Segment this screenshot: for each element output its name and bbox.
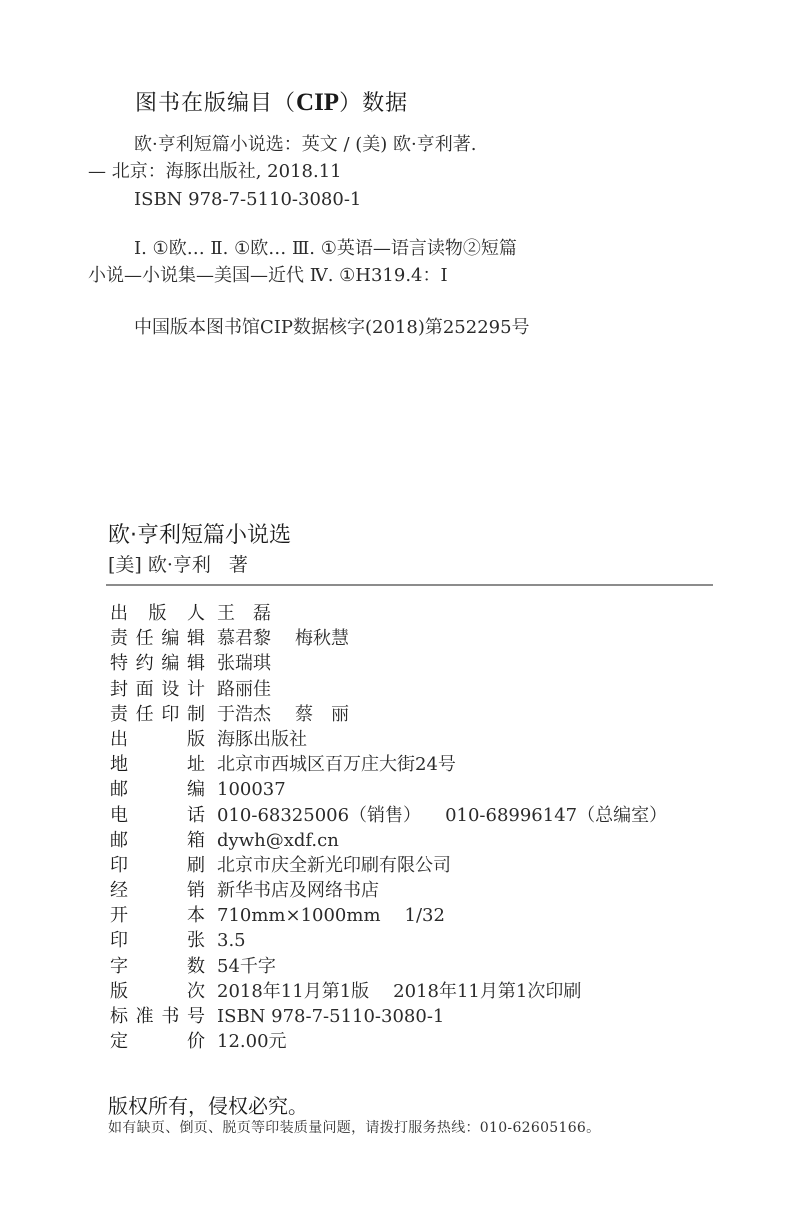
cip-heading-prefix: 图书在版编目（	[135, 91, 296, 116]
imprint-label-char: 标	[110, 1004, 128, 1029]
imprint-value: 张瑞琪	[217, 651, 271, 676]
imprint-value-primary: 12.00元	[217, 1031, 287, 1052]
imprint-label: 邮编	[110, 777, 205, 802]
imprint-label: 版次	[110, 979, 205, 1004]
imprint-row: 版次2018年11月第1版2018年11月第1次印刷	[110, 979, 730, 1004]
quality-notice: 如有缺页、倒页、脱页等印装质量问题，请拨打服务热线：010-62605166。	[108, 1117, 600, 1137]
imprint-label: 印刷	[110, 853, 205, 878]
imprint-label-char: 箱	[187, 828, 205, 853]
imprint-value-secondary: 010-68996147（总编室）	[445, 805, 667, 826]
imprint-label-char: 印	[161, 702, 179, 727]
imprint-label-char: 地	[110, 752, 128, 777]
imprint-value-primary: 2018年11月第1版	[217, 981, 369, 1002]
imprint-value: 北京市西城区百万庄大街24号	[217, 752, 456, 777]
imprint-value: 3.5	[217, 928, 246, 953]
author-role: 著	[229, 554, 248, 576]
imprint-row: 地址北京市西城区百万庄大街24号	[110, 752, 730, 777]
imprint-value-primary: 新华书店及网络书店	[217, 880, 379, 901]
book-title: 欧·亨利短篇小说选	[108, 518, 291, 549]
imprint-value-primary: dywh@xdf.cn	[217, 830, 339, 851]
imprint-label-char: 面	[136, 677, 154, 702]
imprint-row: 电话010-68325006（销售）010-68996147（总编室）	[110, 803, 730, 828]
imprint-value: 100037	[217, 777, 286, 802]
imprint-value: 慕君黎梅秋慧	[217, 626, 349, 651]
book-author: [美] 欧·亨利著	[108, 550, 248, 577]
imprint-value: 54千字	[217, 954, 276, 979]
imprint-row: 定价12.00元	[110, 1029, 730, 1054]
imprint-label-char: 任	[136, 626, 154, 651]
imprint-row: 标准书号ISBN 978-7-5110-3080-1	[110, 1004, 730, 1029]
imprint-value: 新华书店及网络书店	[217, 878, 379, 903]
imprint-label-char: 出	[110, 727, 128, 752]
imprint-label: 地址	[110, 752, 205, 777]
imprint-label-char: 编	[187, 777, 205, 802]
imprint-value-primary: 北京市庆全新光印刷有限公司	[217, 855, 451, 876]
imprint-label: 字数	[110, 954, 205, 979]
imprint-label-char: 价	[187, 1029, 205, 1054]
imprint-row: 特约编辑张瑞琪	[110, 651, 730, 676]
imprint-label-char: 出	[110, 601, 128, 626]
cip-line-isbn: ISBN 978-7-5110-3080-1	[134, 188, 361, 212]
cip-line-publisher: — 北京：海豚出版社, 2018.11	[88, 160, 342, 184]
imprint-label: 印张	[110, 928, 205, 953]
imprint-label-char: 辑	[187, 626, 205, 651]
imprint-label: 责任编辑	[110, 626, 205, 651]
imprint-value-secondary: 2018年11月第1次印刷	[393, 981, 581, 1002]
imprint-label-char: 电	[110, 803, 128, 828]
imprint-row: 经销新华书店及网络书店	[110, 878, 730, 903]
imprint-value-primary: 100037	[217, 779, 286, 800]
cip-line-title: 欧·亨利短篇小说选：英文 / (美) 欧·亨利著.	[134, 133, 476, 157]
author-nationality: [美]	[108, 554, 142, 576]
imprint-label-char: 版	[187, 727, 205, 752]
imprint-label: 电话	[110, 803, 205, 828]
imprint-value-secondary: 1/32	[405, 905, 445, 926]
imprint-label-char: 约	[136, 651, 154, 676]
imprint-value: dywh@xdf.cn	[217, 828, 339, 853]
imprint-label-char: 开	[110, 903, 128, 928]
imprint-label: 封面设计	[110, 677, 205, 702]
imprint-label-char: 设	[161, 677, 179, 702]
imprint-value: ISBN 978-7-5110-3080-1	[217, 1004, 444, 1029]
imprint-label-char: 邮	[110, 828, 128, 853]
imprint-label-char: 定	[110, 1029, 128, 1054]
imprint-label-char: 字	[110, 954, 128, 979]
imprint-label-char: 版	[149, 601, 167, 626]
imprint-row: 开本710mm×1000mm1/32	[110, 903, 730, 928]
imprint-label: 定价	[110, 1029, 205, 1054]
imprint-value-primary: 710mm×1000mm	[217, 905, 381, 926]
imprint-value-primary: 王 磊	[217, 603, 271, 624]
imprint-value-primary: 北京市西城区百万庄大街24号	[217, 754, 456, 775]
imprint-table: 出版人王 磊责任编辑慕君黎梅秋慧特约编辑张瑞琪封面设计路丽佳责任印制于浩杰蔡 丽…	[110, 601, 730, 1054]
imprint-value-primary: 3.5	[217, 930, 246, 951]
copyright-statement: 版权所有，侵权必究。	[108, 1090, 308, 1119]
imprint-label: 出版	[110, 727, 205, 752]
cip-heading-suffix: ）数据	[339, 91, 408, 116]
imprint-label: 特约编辑	[110, 651, 205, 676]
imprint-label-char: 刷	[187, 853, 205, 878]
imprint-label-char: 人	[187, 601, 205, 626]
imprint-label-char: 本	[187, 903, 205, 928]
imprint-label-char: 经	[110, 878, 128, 903]
cip-line-classification-2: 小说—小说集—美国—近代 Ⅳ. ①H319.4：I	[88, 264, 448, 288]
imprint-value: 北京市庆全新光印刷有限公司	[217, 853, 451, 878]
author-name: 欧·亨利	[148, 554, 211, 576]
imprint-label: 标准书号	[110, 1004, 205, 1029]
imprint-value: 12.00元	[217, 1029, 287, 1054]
imprint-label: 邮箱	[110, 828, 205, 853]
imprint-label-char: 址	[187, 752, 205, 777]
imprint-label-char: 计	[187, 677, 205, 702]
imprint-value-primary: 010-68325006（销售）	[217, 805, 421, 826]
imprint-label: 责任印制	[110, 702, 205, 727]
imprint-value: 于浩杰蔡 丽	[217, 702, 349, 727]
imprint-value-primary: 54千字	[217, 956, 276, 977]
imprint-value-secondary: 蔡 丽	[295, 704, 349, 725]
divider-rule	[106, 584, 713, 586]
imprint-row: 责任印制于浩杰蔡 丽	[110, 702, 730, 727]
imprint-label-char: 制	[187, 702, 205, 727]
imprint-value-primary: 路丽佳	[217, 679, 271, 700]
imprint-value: 海豚出版社	[217, 727, 307, 752]
imprint-row: 出版人王 磊	[110, 601, 730, 626]
imprint-label-char: 数	[187, 954, 205, 979]
imprint-value: 710mm×1000mm1/32	[217, 903, 445, 928]
imprint-label-char: 书	[161, 1004, 179, 1029]
imprint-label-char: 邮	[110, 777, 128, 802]
imprint-value-primary: 于浩杰	[217, 704, 271, 725]
imprint-label: 出版人	[110, 601, 205, 626]
imprint-label-char: 准	[136, 1004, 154, 1029]
imprint-value: 010-68325006（销售）010-68996147（总编室）	[217, 803, 667, 828]
imprint-label-char: 张	[187, 928, 205, 953]
imprint-label-char: 话	[187, 803, 205, 828]
imprint-label-char: 任	[136, 702, 154, 727]
imprint-row: 责任编辑慕君黎梅秋慧	[110, 626, 730, 651]
imprint-label: 经销	[110, 878, 205, 903]
imprint-value: 王 磊	[217, 601, 271, 626]
imprint-label-char: 责	[110, 626, 128, 651]
imprint-row: 印张3.5	[110, 928, 730, 953]
imprint-value-primary: 慕君黎	[217, 628, 271, 649]
imprint-value: 路丽佳	[217, 677, 271, 702]
imprint-label-char: 次	[187, 979, 205, 1004]
cip-line-classification-1: Ⅰ. ①欧… Ⅱ. ①欧… Ⅲ. ①英语—语言读物②短篇	[134, 237, 517, 261]
imprint-label-char: 版	[110, 979, 128, 1004]
imprint-label-char: 编	[161, 626, 179, 651]
imprint-label-char: 号	[187, 1004, 205, 1029]
imprint-row: 印刷北京市庆全新光印刷有限公司	[110, 853, 730, 878]
imprint-value-primary: 海豚出版社	[217, 729, 307, 750]
imprint-label-char: 印	[110, 928, 128, 953]
imprint-label: 开本	[110, 903, 205, 928]
imprint-label-char: 印	[110, 853, 128, 878]
cip-line-record-number: 中国版本图书馆CIP数据核字(2018)第252295号	[134, 316, 530, 340]
imprint-label-char: 封	[110, 677, 128, 702]
imprint-row: 封面设计路丽佳	[110, 677, 730, 702]
imprint-row: 邮编100037	[110, 777, 730, 802]
imprint-value-secondary: 梅秋慧	[295, 628, 349, 649]
imprint-value: 2018年11月第1版2018年11月第1次印刷	[217, 979, 581, 1004]
imprint-row: 邮箱dywh@xdf.cn	[110, 828, 730, 853]
imprint-label-char: 销	[187, 878, 205, 903]
imprint-value-primary: 张瑞琪	[217, 653, 271, 674]
cip-mark: CIP	[296, 89, 339, 116]
imprint-label-char: 辑	[187, 651, 205, 676]
imprint-row: 字数54千字	[110, 954, 730, 979]
imprint-value-primary: ISBN 978-7-5110-3080-1	[217, 1006, 444, 1027]
imprint-label-char: 特	[110, 651, 128, 676]
imprint-label-char: 责	[110, 702, 128, 727]
imprint-row: 出版海豚出版社	[110, 727, 730, 752]
imprint-label-char: 编	[161, 651, 179, 676]
cip-heading: 图书在版编目（CIP）数据	[135, 86, 408, 117]
